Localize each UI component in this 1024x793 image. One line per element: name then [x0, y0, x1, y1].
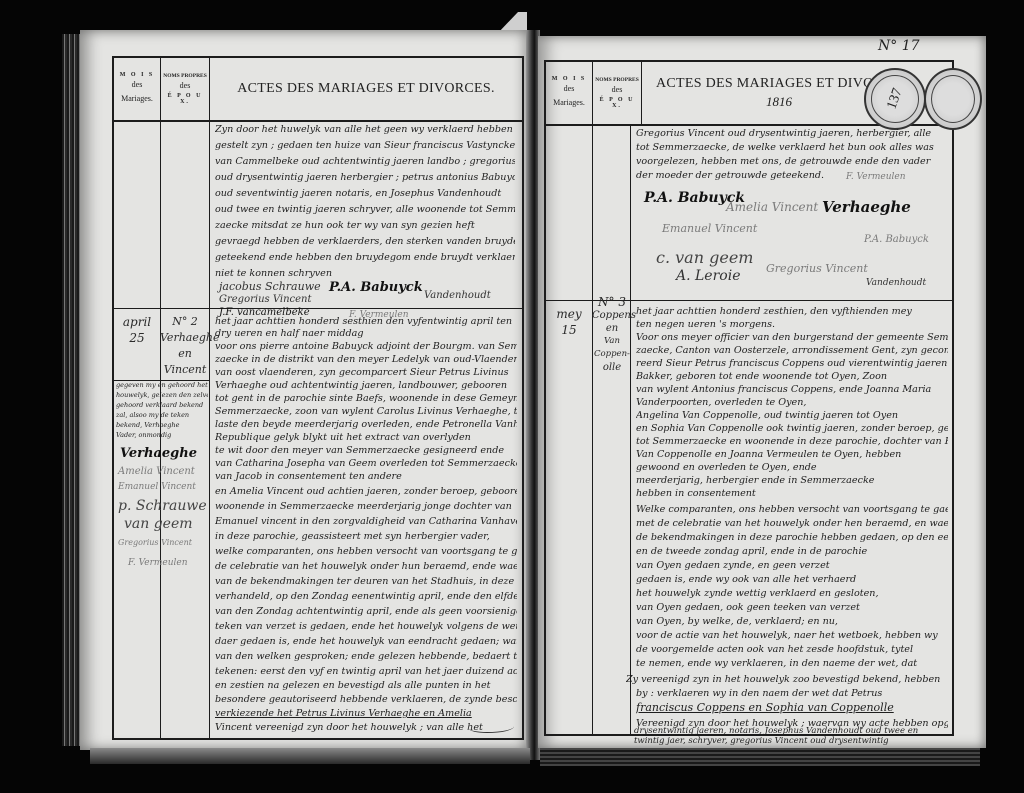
margin-line: gegeven my en gehoord het: [116, 380, 208, 390]
left-page: M O I S des Mariages. NOMS PROPRES des É…: [80, 30, 528, 750]
entry-month: april: [114, 314, 160, 330]
spouse-2-name-continued: olle: [592, 361, 632, 374]
text-line: woonende in Semmerzaecke meerderjarig jo…: [215, 499, 517, 515]
margin-line: gehoord verklaard bekend: [116, 400, 208, 410]
signature: Vandenhoudt: [866, 278, 926, 288]
text-line: oud seventwintig jaeren notaris, en Jose…: [215, 186, 515, 202]
text-line: in deze parochie, geassisteert met syn h…: [215, 529, 517, 545]
spouse-conjunction: en: [592, 322, 632, 335]
text-line: van de bekendmakingen ter deuren van het…: [215, 574, 517, 590]
book-bottom-edge-right: [540, 748, 980, 766]
left-header-row: M O I S des Mariages. NOMS PROPRES des É…: [114, 58, 522, 122]
text-line: van Cammelbeke oud achtentwintig jaeren …: [215, 154, 515, 170]
margin-line: Vader, onmondig: [116, 430, 208, 440]
text-line: Emanuel vincent in den zorgvaldigheid va…: [215, 514, 517, 530]
signature: Emanuel Vincent: [662, 222, 757, 235]
left-register-frame: M O I S des Mariages. NOMS PROPRES des É…: [112, 56, 524, 740]
text-line: Zyn door het huwelyk van alle het geen w…: [215, 122, 515, 138]
text-line: gestelt zyn ; gedaen ten huize van Sieur…: [215, 138, 515, 154]
header-month-column: M O I S des Mariages.: [546, 62, 593, 124]
header-des: des: [612, 83, 623, 97]
text-line: daer gedaen is, ende het houwelyk van ee…: [215, 634, 517, 650]
text-line-underlined-names: franciscus Coppens en Sophia van Coppeno…: [636, 700, 948, 716]
text-line: de celebratie van het houwelyk onder hun…: [215, 559, 517, 575]
header-mariages: Mariages.: [121, 92, 153, 106]
header-names-column: NOMS PROPRES des É P O U X.: [161, 58, 210, 120]
text-line: van Jacob in consentement ten andere: [215, 469, 517, 485]
margin-signature: p. Schrauwe: [118, 498, 207, 514]
entry-day: 15: [546, 322, 592, 338]
entry-3-date: mey 15: [546, 306, 592, 338]
seal-stamp-icon: [924, 68, 982, 130]
header-names-column: NOMS PROPRES des É P O U X.: [593, 62, 642, 124]
column-divider: [592, 124, 593, 734]
text-line: oud drysentwintig jaeren herbergier ; pe…: [215, 170, 515, 186]
signature: P.A. Babuyck: [864, 234, 929, 245]
text-line: te nemen, ende wy verklaeren, in den nae…: [636, 656, 948, 672]
signature: c. van geem: [656, 248, 753, 267]
right-page: N° 17 M O I S des Mariages. NOMS PROPRES…: [538, 36, 986, 748]
signature: Gregorius Vincent: [219, 294, 312, 305]
margin-signature: Emanuel Vincent: [118, 482, 196, 492]
header-epoux: É P O U X.: [593, 97, 641, 109]
header-month-column: M O I S des Mariages.: [114, 58, 161, 120]
text-line: verhandeld, op den Zondag eenentwintig a…: [215, 589, 517, 605]
text-line: teken van verzet is gedaen, ende het hou…: [215, 619, 517, 635]
page-title: ACTES DES MARIAGES ET DIVORCES.: [237, 81, 495, 97]
text-line: oud twee en twintig jaeren schryver, all…: [215, 202, 515, 218]
header-des: des: [180, 79, 191, 93]
margin-signature: Gregorius Vincent: [118, 538, 192, 547]
margin-line: zal, alsoo my de teken: [116, 410, 208, 420]
margin-signature: F. Vermeulen: [128, 558, 188, 568]
text-line: welke comparanten, ons hebben versocht v…: [215, 544, 517, 560]
text-line: geteekend ende hebben den bruydegom ende…: [215, 250, 515, 266]
margin-signature: Verhaeghe: [120, 446, 197, 461]
header-mariages: Mariages.: [553, 96, 585, 110]
header-epoux: É P O U X.: [161, 93, 209, 105]
spouse-2-name: Vincent: [160, 362, 210, 378]
signature: A. Leroie: [676, 268, 740, 284]
signature: jacobus Schrauwe: [219, 280, 321, 293]
entry-2-spouses: N° 2 Verhaeghe en Vincent: [160, 314, 210, 378]
stamp-number: 137: [884, 86, 906, 111]
signature: Verhaeghe: [822, 198, 911, 216]
right-register-frame: M O I S des Mariages. NOMS PROPRES des É…: [544, 60, 954, 736]
signature: Amelia Vincent: [726, 200, 818, 214]
signature: F. Vermeulen: [846, 172, 906, 182]
header-des: des: [564, 82, 575, 96]
entry-2-date: april 25: [114, 314, 160, 346]
text-line: hebben in consentement: [636, 486, 948, 502]
header-des: des: [132, 78, 143, 92]
text-line: van den welken gesproken; ende gelezen h…: [215, 649, 517, 665]
row-divider: [114, 308, 210, 309]
text-line: en Amelia Vincent oud achtien jaeren, zo…: [215, 484, 517, 500]
spouse-1-name: Verhaeghe: [160, 330, 210, 346]
spouse-conjunction: en: [160, 346, 210, 362]
entry-month: mey: [546, 306, 592, 322]
margin-signature: van geem: [124, 516, 193, 532]
text-line: gevraegd hebben de verklaerders, den ste…: [215, 234, 515, 250]
book-bottom-edge-left: [90, 748, 530, 764]
signature: P.A. Babuyck: [329, 280, 423, 295]
text-line: zaecke mitsdat ze hun ook ter wy van syn…: [215, 218, 515, 234]
margin-signature: Amelia Vincent: [118, 466, 195, 477]
official-stamp-icon: 137: [864, 68, 926, 130]
register-year: 1816: [766, 94, 792, 110]
text-line: twintig jaer, schryver, gregorius Vincen…: [634, 736, 944, 747]
entry-day: 25: [114, 330, 160, 346]
signature: Vandenhoudt: [424, 290, 491, 301]
spouse-1-name: Coppens: [592, 309, 632, 322]
folio-number: N° 17: [878, 38, 920, 54]
column-divider: [209, 120, 210, 738]
column-divider: [630, 124, 631, 734]
margin-line: bekend, Verhaeghe: [116, 420, 208, 430]
entry-number: N° 2: [160, 314, 210, 330]
text-line: van den Zondag achtentwintig april, ende…: [215, 604, 517, 620]
header-title-column: ACTES DES MARIAGES ET DIVORCES.: [210, 58, 522, 120]
signature: Gregorius Vincent: [766, 262, 868, 275]
spouse-2-name: Van Coppen-: [592, 335, 632, 361]
entry-number: N° 3: [592, 296, 632, 309]
entry-3-spouses: N° 3 Coppens en Van Coppen- olle: [592, 296, 632, 374]
margin-line: houwelyk, gelezen den zelve: [116, 390, 208, 400]
